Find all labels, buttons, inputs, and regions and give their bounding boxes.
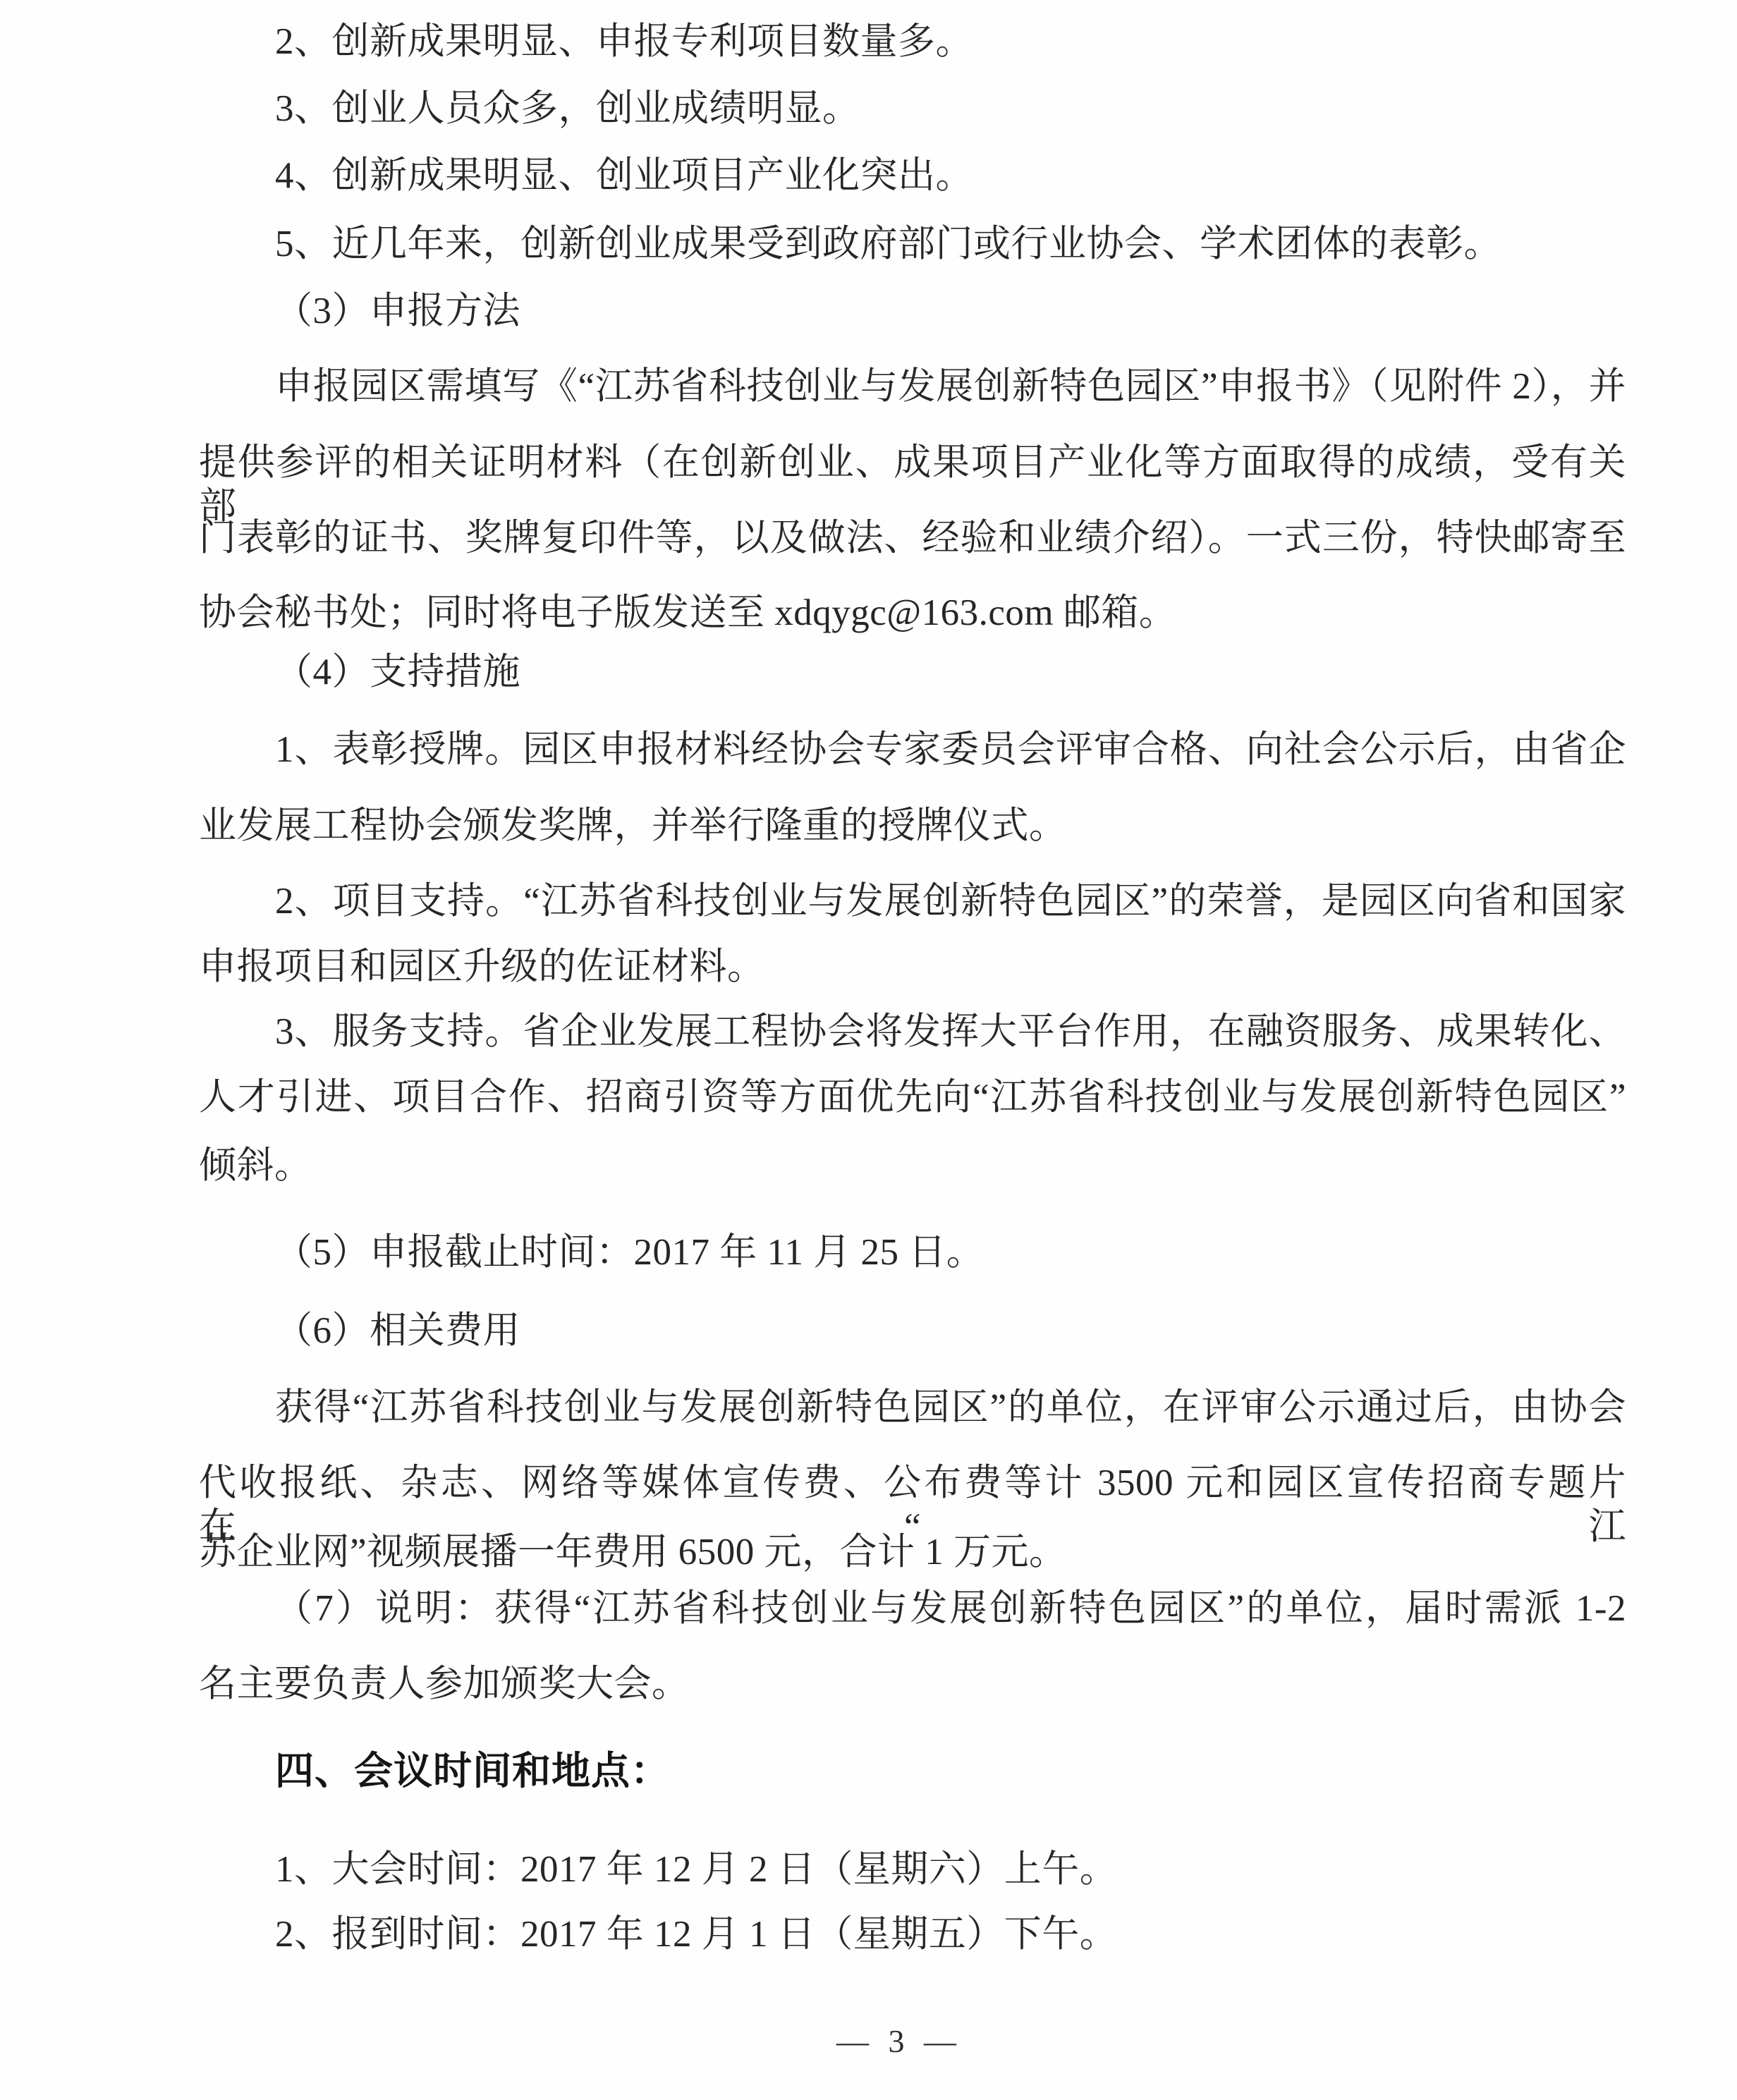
paragraph-line: （7）说明：获得“江苏省科技创业与发展创新特色园区”的单位，届时需派 1-2 xyxy=(199,1587,1626,1630)
paragraph-line: 门表彰的证书、奖牌复印件等，以及做法、经验和业绩介绍）。一式三份，特快邮寄至 xyxy=(199,516,1626,560)
text-line: 业发展工程协会颁发奖牌，并举行隆重的授牌仪式。 xyxy=(199,804,1626,848)
document-page: 2、创新成果明显、申报专利项目数量多。 3、创业人员众多，创业成绩明显。 4、创… xyxy=(0,0,1737,2100)
text-line: 1、表彰授牌。园区申报材料经协会专家委员会评审合格、向社会公示后，由省企 xyxy=(199,728,1626,771)
text-line: 倾斜。 xyxy=(199,1144,1626,1188)
text-line: 2、创新成果明显、申报专利项目数量多。 xyxy=(199,20,1626,63)
subsection-label: （4）支持措施 xyxy=(199,650,1626,694)
subsection-label: （3）申报方法 xyxy=(199,289,1626,333)
paragraph-line: 申报园区需填写《“江苏省科技创业与发展创新特色园区”申报书》（见附件 2），并 xyxy=(199,365,1626,408)
subsection-label: （6）相关费用 xyxy=(199,1309,1626,1353)
page-number: — 3 — xyxy=(836,2022,962,2060)
subsection-label: （5）申报截止时间：2017 年 11 月 25 日。 xyxy=(199,1231,1626,1274)
paragraph-line: 获得“江苏省科技创业与发展创新特色园区”的单位，在评审公示通过后，由协会 xyxy=(199,1386,1626,1429)
paragraph-line: 名主要负责人参加颁奖大会。 xyxy=(199,1662,1626,1706)
text-line: 1、大会时间：2017 年 12 月 2 日（星期六）上午。 xyxy=(199,1848,1626,1891)
text-line: 人才引进、项目合作、招商引资等方面优先向“江苏省科技创业与发展创新特色园区” xyxy=(199,1075,1626,1119)
text-line: 申报项目和园区升级的佐证材料。 xyxy=(199,945,1626,989)
paragraph-line: 协会秘书处；同时将电子版发送至 xdqygc@163.com 邮箱。 xyxy=(199,591,1626,635)
text-line: 4、创新成果明显、创业项目产业化突出。 xyxy=(199,154,1626,197)
paragraph-line: 提供参评的相关证明材料（在创新创业、成果项目产业化等方面取得的成绩，受有关部 xyxy=(199,441,1626,528)
text-line: 2、项目支持。“江苏省科技创业与发展创新特色园区”的荣誉，是园区向省和国家 xyxy=(199,879,1626,923)
paragraph-line: 苏企业网”视频展播一年费用 6500 元，合计 1 万元。 xyxy=(199,1530,1626,1574)
text-line: 5、近几年来，创新创业成果受到政府部门或行业协会、学术团体的表彰。 xyxy=(199,222,1626,266)
text-line: 2、报到时间：2017 年 12 月 1 日（星期五）下午。 xyxy=(199,1912,1626,1956)
section-heading: 四、会议时间和地点： xyxy=(199,1749,1626,1793)
text-line: 3、创业人员众多，创业成绩明显。 xyxy=(199,87,1626,130)
text-line: 3、服务支持。省企业发展工程协会将发挥大平台作用，在融资服务、成果转化、 xyxy=(199,1010,1626,1054)
